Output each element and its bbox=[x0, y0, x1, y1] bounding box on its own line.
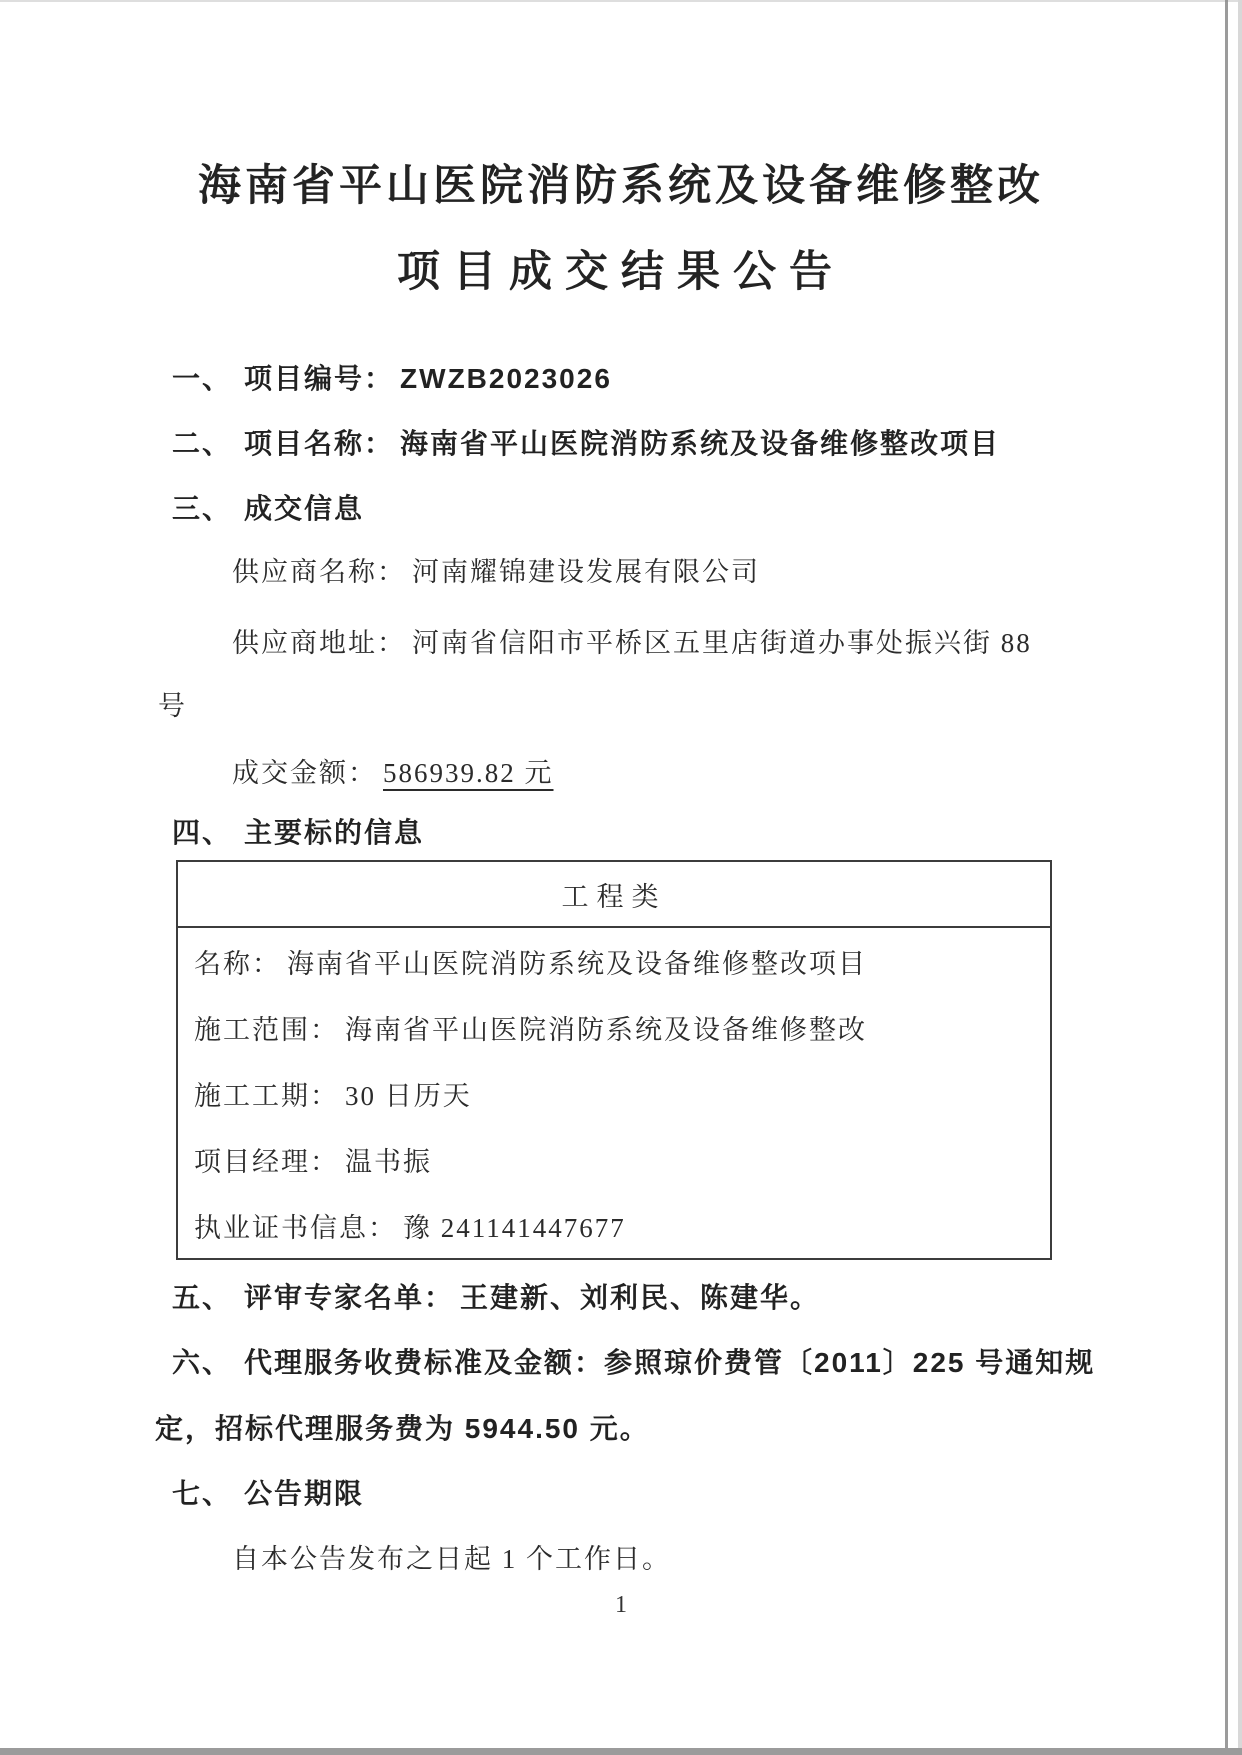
table-row-value: 30 日历天 bbox=[345, 1074, 472, 1113]
section-1-project-number: 一、项目编号：ZWZB2023026 bbox=[172, 357, 612, 397]
table-row-label: 施工范围： bbox=[194, 1008, 339, 1047]
table-row: 施工范围：海南省平山医院消防系统及设备维修整改 bbox=[178, 994, 1050, 1060]
section-2-label: 项目名称： bbox=[244, 428, 394, 459]
table-header-cell: 工程类 bbox=[178, 862, 1050, 928]
supplier-name-value: 河南耀锦建设发展有限公司 bbox=[412, 557, 760, 587]
section-3-title: 成交信息 bbox=[244, 493, 364, 524]
section-5-label: 评审专家名单： bbox=[244, 1282, 454, 1313]
section-6-fee-line1: 六、代理服务收费标准及金额：参照琼价费管〔2011〕225 号通知规 bbox=[172, 1341, 1095, 1381]
document-page: 海南省平山医院消防系统及设备维修整改 项目成交结果公告 一、项目编号：ZWZB2… bbox=[0, 0, 1242, 1755]
supplier-address-wrap: 号 bbox=[158, 684, 187, 723]
section-4-title: 主要标的信息 bbox=[244, 817, 424, 848]
table-row-label: 项目经理： bbox=[194, 1140, 339, 1179]
section-7-number: 七、 bbox=[172, 1478, 232, 1509]
section-3-number: 三、 bbox=[172, 493, 232, 524]
experts-list: 王建新、刘利民、陈建华。 bbox=[460, 1282, 820, 1313]
section-7-title: 公告期限 bbox=[244, 1478, 364, 1509]
project-number-value: ZWZB2023026 bbox=[400, 363, 612, 394]
document-title-line2: 项目成交结果公告 bbox=[0, 238, 1242, 299]
section-1-number: 一、 bbox=[172, 363, 232, 394]
section-5-experts-line: 五、评审专家名单：王建新、刘利民、陈建华。 bbox=[172, 1276, 820, 1316]
table-row: 执业证书信息：豫 241141447677 bbox=[178, 1192, 1050, 1258]
section-6-number: 六、 bbox=[172, 1347, 232, 1378]
table-row: 项目经理：温书振 bbox=[178, 1126, 1050, 1192]
supplier-name-label: 供应商名称： bbox=[232, 557, 406, 587]
section-2-number: 二、 bbox=[172, 428, 232, 459]
table-row: 施工工期：30 日历天 bbox=[178, 1060, 1050, 1126]
page-number: 1 bbox=[0, 1592, 1242, 1619]
deal-amount-line: 成交金额：586939.82 元 bbox=[232, 751, 554, 790]
deal-amount-label: 成交金额： bbox=[232, 758, 377, 788]
section-6-fee-line2: 定，招标代理服务费为 5944.50 元。 bbox=[155, 1407, 650, 1447]
deal-amount-value: 586939.82 元 bbox=[383, 758, 554, 788]
table-row-value: 豫 241141447677 bbox=[403, 1206, 626, 1245]
supplier-name-line: 供应商名称：河南耀锦建设发展有限公司 bbox=[232, 550, 760, 589]
table-row-value: 海南省平山医院消防系统及设备维修整改项目 bbox=[287, 942, 867, 981]
section-1-label: 项目编号： bbox=[244, 363, 394, 394]
section-4-heading: 四、主要标的信息 bbox=[172, 811, 424, 851]
table-row-label: 名称： bbox=[194, 942, 281, 981]
section-2-project-name: 二、项目名称：海南省平山医院消防系统及设备维修整改项目 bbox=[172, 422, 1000, 462]
section-5-number: 五、 bbox=[172, 1282, 232, 1313]
table-row-value: 温书振 bbox=[345, 1140, 432, 1179]
supplier-address-label: 供应商地址： bbox=[232, 628, 406, 658]
table-row-label: 执业证书信息： bbox=[194, 1206, 397, 1245]
announcement-period-text: 自本公告发布之日起 1 个工作日。 bbox=[232, 1537, 671, 1576]
supplier-address-line: 供应商地址：河南省信阳市平桥区五里店街道办事处振兴街 88 bbox=[232, 621, 1032, 660]
scan-top-edge bbox=[0, 0, 1242, 2]
section-4-number: 四、 bbox=[172, 817, 232, 848]
supplier-address-value: 河南省信阳市平桥区五里店街道办事处振兴街 88 bbox=[412, 628, 1032, 658]
document-title-line1: 海南省平山医院消防系统及设备维修整改 bbox=[0, 152, 1242, 213]
project-name-value: 海南省平山医院消防系统及设备维修整改项目 bbox=[400, 428, 1000, 459]
table-row-label: 施工工期： bbox=[194, 1074, 339, 1113]
subject-matter-table: 工程类 名称：海南省平山医院消防系统及设备维修整改项目 施工范围：海南省平山医院… bbox=[176, 860, 1052, 1260]
section-7-heading: 七、公告期限 bbox=[172, 1472, 364, 1512]
table-row: 名称：海南省平山医院消防系统及设备维修整改项目 bbox=[178, 928, 1050, 994]
table-row-value: 海南省平山医院消防系统及设备维修整改 bbox=[345, 1008, 867, 1047]
section-3-heading: 三、成交信息 bbox=[172, 487, 364, 527]
section-6-text-line1: 代理服务收费标准及金额：参照琼价费管〔2011〕225 号通知规 bbox=[244, 1347, 1095, 1378]
scan-bottom-edge bbox=[0, 1748, 1242, 1755]
